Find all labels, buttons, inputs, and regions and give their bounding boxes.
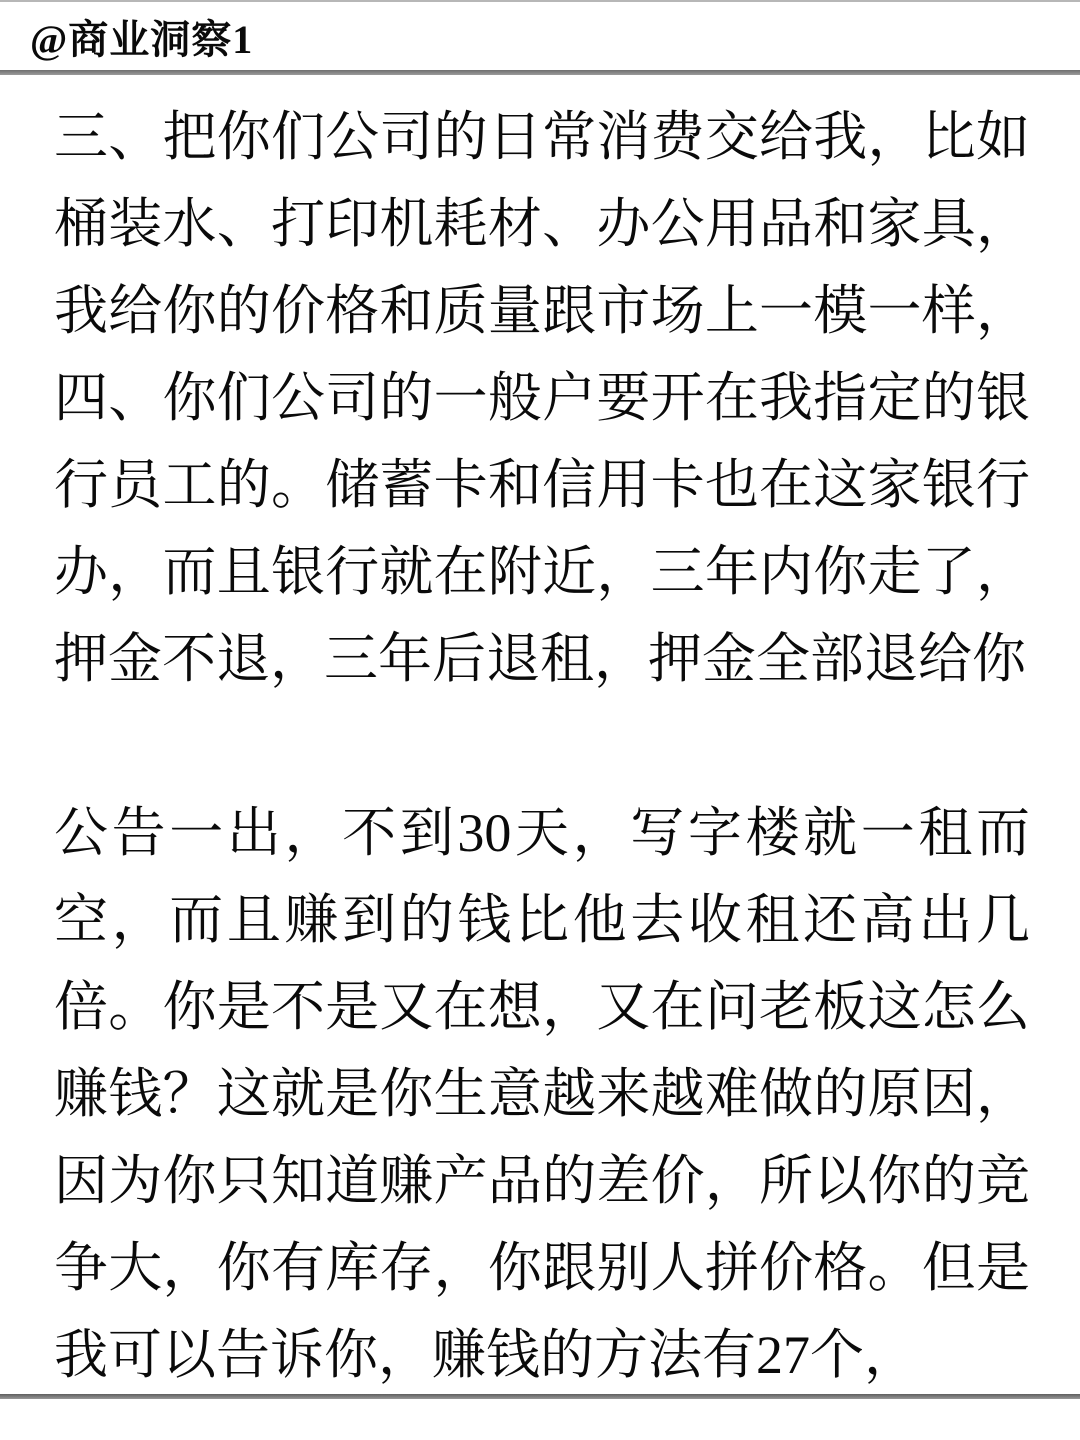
text-line: 四、你们公司的一般户要开在我指定的银 [54,355,1030,442]
text-line: 公告一出，不到30天，写字楼就一租而 [54,790,1030,877]
text-line: 桶装水、打印机耗材、办公用品和家具， [54,181,1030,268]
text-line: 三、把你们公司的日常消费交给我，比如 [54,94,1030,181]
post-image-page: @商业洞察1 三、把你们公司的日常消费交给我，比如桶装水、打印机耗材、办公用品和… [0,0,1080,1440]
text-line: 我给你的价格和质量跟市场上一模一样， [54,268,1030,355]
text-line: 倍。你是不是又在想，又在问老板这怎么 [54,964,1030,1051]
text-line: 争大，你有库存，你跟别人拼价格。但是 [54,1225,1030,1312]
page-header: @商业洞察1 [0,2,1080,70]
text-line: 赚钱？这就是你生意越来越难做的原因， [54,1051,1030,1138]
paragraph: 公告一出，不到30天，写字楼就一租而空，而且赚到的钱比他去收租还高出几倍。你是不… [54,790,1030,1399]
paragraph: 三、把你们公司的日常消费交给我，比如桶装水、打印机耗材、办公用品和家具，我给你的… [54,94,1030,703]
bottom-divider [0,1394,1080,1399]
header-divider [0,70,1080,75]
text-line: 办，而且银行就在附近，三年内你走了， [54,529,1030,616]
text-line: 行员工的。储蓄卡和信用卡也在这家银行 [54,442,1030,529]
text-line: 押金不退，三年后退租，押金全部退给你 [54,616,1030,703]
text-line: 空，而且赚到的钱比他去收租还高出几 [54,877,1030,964]
text-line: 因为你只知道赚产品的差价，所以你的竞 [54,1138,1030,1225]
text-line: 我可以告诉你，赚钱的方法有27个， [54,1312,1030,1399]
author-handle: @商业洞察1 [30,8,253,65]
article-body: 三、把你们公司的日常消费交给我，比如桶装水、打印机耗材、办公用品和家具，我给你的… [54,94,1030,1399]
